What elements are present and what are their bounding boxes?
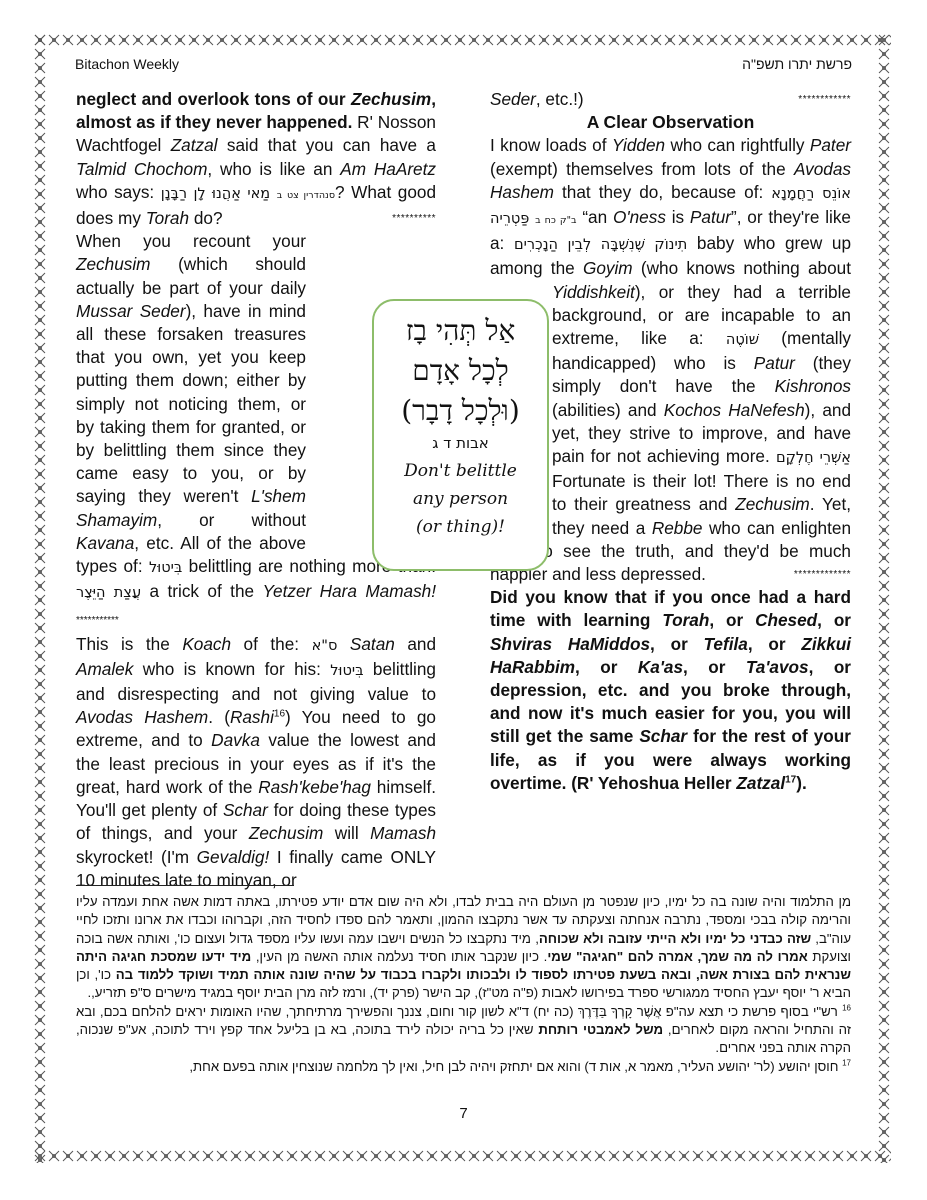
text: , who is like an	[207, 159, 340, 179]
text	[337, 634, 350, 654]
quote-english: Don't belittle any person (or thing)!	[374, 457, 547, 541]
italic-text: Rashi	[230, 707, 274, 727]
text: said that you can have a	[227, 135, 436, 155]
quote-english-line: any person	[374, 485, 547, 513]
italic-text: Goyim	[583, 258, 633, 278]
paragraph-1: neglect and overlook tons of our Zechusi…	[76, 88, 436, 230]
page-number: 7	[0, 1105, 927, 1122]
italic-text: Zechusim	[249, 823, 324, 843]
text: חוסן יהושע (לר' יהושע העליר, מאמר א, אות…	[189, 1059, 842, 1074]
italic-text: Rash'kebe'hag	[258, 777, 371, 797]
text: This is the	[76, 634, 182, 654]
bold-italic-text: Torah	[662, 610, 709, 630]
text: do?	[194, 208, 223, 228]
hebrew-word: שׁוֹטֶה	[726, 332, 759, 348]
bold-italic-text: Ka'as	[638, 657, 683, 677]
italic-text: Patur	[754, 353, 795, 373]
paragraph-bold: Did you know that if you once had a hard…	[490, 586, 851, 795]
text: (exempt) themselves from lots of the	[490, 159, 794, 179]
italic-text: Gevaldig!	[197, 847, 270, 867]
text: (who knows nothing about	[633, 258, 851, 278]
quote-hebrew: אַל תְּהִי בָז לְכָל אָדָם (וּלְכָל דָבָ…	[374, 311, 547, 431]
italic-text: Zatzal	[171, 135, 218, 155]
italic-text: Koach	[182, 634, 231, 654]
hebrew-word: בִּיטוּל	[330, 663, 363, 679]
quote-source: אבות ד ג	[374, 431, 547, 455]
italic-text: Yidden	[612, 135, 665, 155]
text: , or without	[157, 510, 306, 530]
footnote-ref-17[interactable]: 17	[785, 774, 796, 785]
text: skyrocket! (I'm	[76, 847, 197, 867]
italic-text: Zechusim	[76, 254, 151, 274]
footnote-16: 16 רש"י בסוף פרשת כי תצא עה"פ אֲשֶׁר קָר…	[76, 1003, 851, 1058]
bold-text: , or	[817, 610, 851, 630]
italic-text: Am HaAretz	[340, 159, 436, 179]
bold-italic-text: Zechusim	[351, 89, 431, 109]
text: that they do, because of:	[554, 182, 771, 202]
separator-stars: ***********	[76, 615, 119, 626]
paragraph-continuation: Seder, etc.!) ************	[490, 88, 851, 111]
text: , etc.!)	[536, 89, 584, 109]
bold-text: , or	[650, 634, 704, 654]
italic-text: Kavana	[76, 533, 134, 553]
italic-text: Davka	[211, 730, 260, 750]
italic-text: Seder	[490, 89, 536, 109]
text: will	[323, 823, 370, 843]
bold-text: , or	[748, 634, 802, 654]
italic-text: Zechusim	[735, 494, 810, 514]
footnotes: מן התלמוד והיה שונה בה כל ימיו, כיון שנפ…	[76, 893, 851, 1076]
italic-text: Mussar Seder	[76, 301, 186, 321]
paragraph-3: This is the Koach of the: ס"א Satan and …	[76, 633, 436, 892]
border-right	[877, 33, 891, 1163]
bold-italic-text: Zatzal	[736, 773, 785, 793]
bold-text: משל לאמבטי רותחת	[538, 1022, 663, 1037]
hebrew-quote: תִינוֹק שֶׁנִשְׁבָּה לְבֵין הַנָכְרִים	[514, 237, 687, 253]
bold-text: , or	[683, 657, 746, 677]
footnote-separator	[76, 885, 294, 886]
bold-text: אמרו לה מה שמך, אמרה להם "חגיגה" שמי	[547, 949, 807, 964]
text: who is known for his:	[133, 659, 330, 679]
italic-text: Yetzer Hara Mamash!	[263, 581, 437, 601]
italic-text: Torah	[146, 208, 189, 228]
italic-text: Avodas Hashem	[76, 707, 208, 727]
hebrew-quote: אַשְׁרֵי חֶלְקָם	[776, 450, 851, 466]
text: “an	[577, 207, 613, 227]
quote-hebrew-line: (וּלְכָל דָבָר)	[374, 391, 547, 431]
text: who says:	[76, 182, 161, 202]
border-left	[33, 33, 47, 1163]
hebrew-word: ס"א	[312, 638, 338, 654]
bold-text: ).	[796, 773, 807, 793]
publication-title: Bitachon Weekly	[75, 56, 179, 72]
border-bottom	[33, 1149, 891, 1163]
separator-stars: *************	[794, 563, 851, 586]
separator-stars: ************	[798, 88, 851, 111]
italic-text: Kochos HaNefesh	[664, 400, 805, 420]
bold-italic-text: Schar	[639, 726, 687, 746]
text: a trick of the	[141, 581, 262, 601]
bold-text: , or	[709, 610, 755, 630]
quote-english-line: (or thing)!	[374, 513, 547, 541]
hebrew-word: עֲצַת הַיֵּצֶר	[76, 585, 141, 601]
border-top	[33, 33, 891, 47]
quote-hebrew-line: אַל תְּהִי בָז	[374, 311, 547, 351]
page-header: Bitachon Weekly פרשת יתרו תשפ"ה	[75, 56, 852, 76]
hebrew-quote: מַאי אַהֲנוּ לָן רַבָּנָן	[161, 186, 270, 202]
bold-text: neglect and overlook tons of our	[76, 89, 351, 109]
bold-text: שזה כבדני כל ימיו ולא הייתי עזובה ולא שכ…	[539, 931, 811, 946]
italic-text: Rebbe	[652, 518, 703, 538]
footnote-number: 16	[842, 1003, 851, 1012]
italic-text: Satan	[350, 634, 395, 654]
footnote-ref-16[interactable]: 16	[274, 709, 285, 720]
bold-italic-text: Shviras HaMiddos	[490, 634, 650, 654]
italic-text: Mamash	[370, 823, 436, 843]
text: and	[395, 634, 436, 654]
text: who can rightfully	[665, 135, 810, 155]
text: ), have in mind all these forsaken treas…	[76, 301, 306, 507]
hebrew-source: סנהדרין צט ב	[277, 190, 335, 201]
footnote-number: 17	[842, 1058, 851, 1067]
bold-italic-text: Ta'avos	[746, 657, 809, 677]
text: . כיון שנקבר אותו חסיד נעלמה אותה האשה מ…	[251, 949, 547, 964]
italic-text: Kishronos	[775, 376, 851, 396]
footnote-continuation: מן התלמוד והיה שונה בה כל ימיו, כיון שנפ…	[76, 893, 851, 1003]
text: When you recount your	[76, 231, 306, 251]
quote-box: אַל תְּהִי בָז לְכָל אָדָם (וּלְכָל דָבָ…	[372, 299, 549, 571]
hebrew-source: ב"ק כח ב	[535, 215, 576, 226]
italic-text: O'ness	[613, 207, 666, 227]
quote-hebrew-line: לְכָל אָדָם	[374, 351, 547, 391]
separator-stars: **********	[392, 207, 436, 230]
bold-italic-text: Chesed	[755, 610, 817, 630]
footnote-17: 17 חוסן יהושע (לר' יהושע העליר, מאמר א, …	[76, 1058, 851, 1076]
hebrew-word: בִּיטוּל	[149, 560, 182, 576]
bold-italic-text: Tefila	[704, 634, 748, 654]
italic-text: Pater	[810, 135, 851, 155]
text: of the:	[231, 634, 312, 654]
bold-text: , or	[575, 657, 638, 677]
text: (abilities) and	[552, 400, 664, 420]
text: is	[666, 207, 690, 227]
italic-text: Talmid Chochom	[76, 159, 207, 179]
section-title: A Clear Observation	[490, 111, 851, 134]
italic-text: Patur	[690, 207, 731, 227]
italic-text: Schar	[223, 800, 268, 820]
italic-text: Amalek	[76, 659, 133, 679]
text: . (	[208, 707, 230, 727]
quote-english-line: Don't belittle	[374, 457, 547, 485]
parsha-title: פרשת יתרו תשפ"ה	[742, 56, 852, 72]
italic-text: Yiddishkeit	[552, 282, 635, 302]
text: I know loads of	[490, 135, 612, 155]
